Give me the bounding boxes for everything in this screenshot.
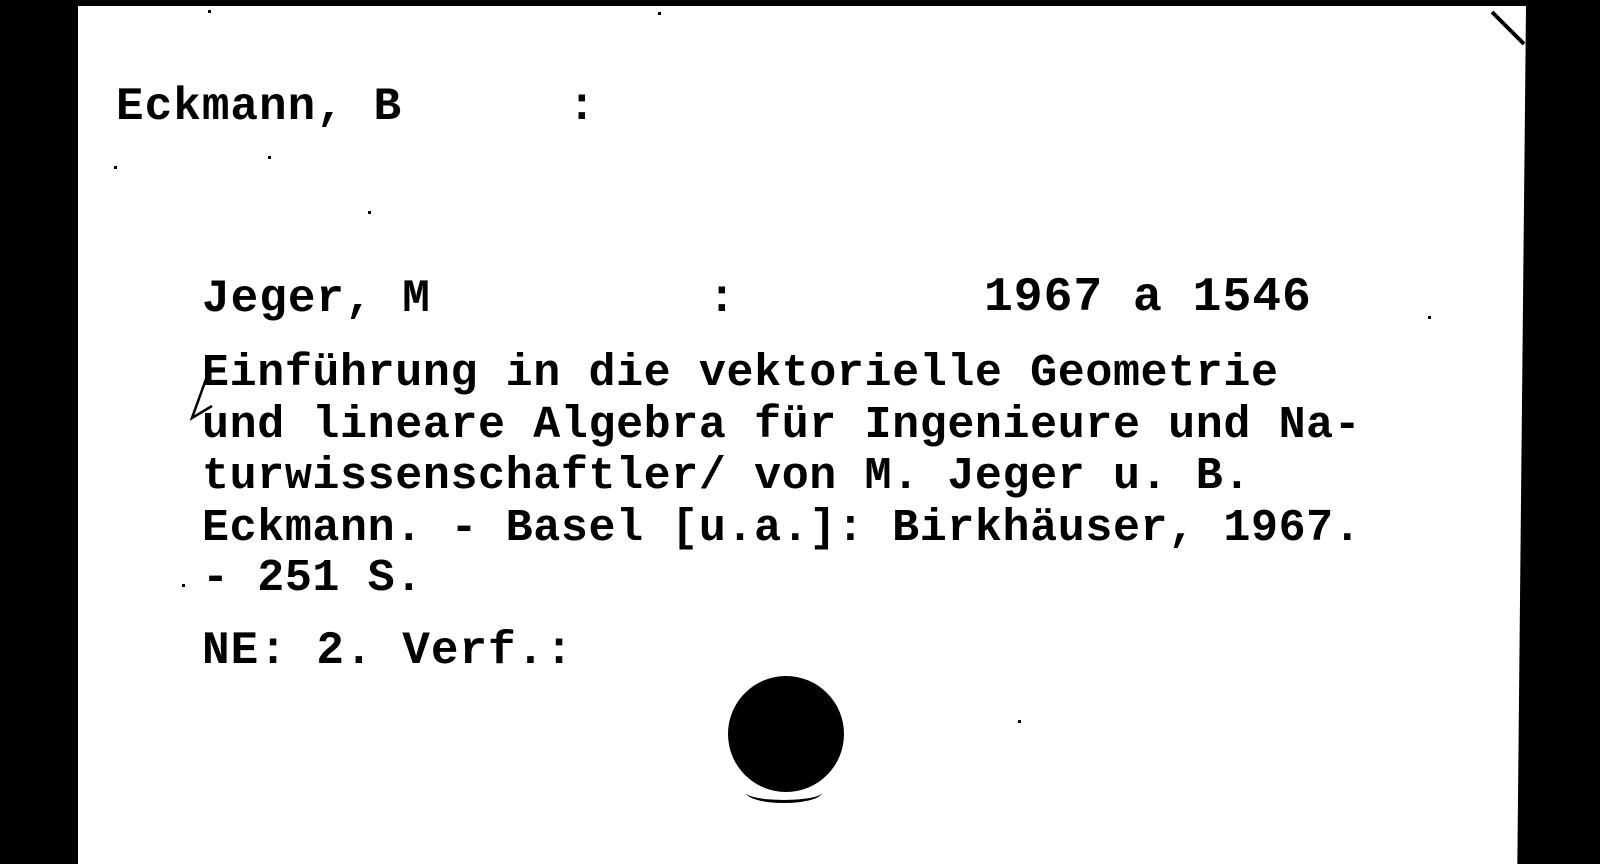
speck [208,10,211,13]
punch-hole-shadow [746,782,822,803]
punch-hole-icon [728,676,844,792]
heading-entry: Eckmann, B [116,84,402,130]
description-line: Einführung in die vektorielle Geometrie [202,351,1279,396]
speck [114,166,117,169]
author-separator: : [708,276,737,322]
speck [1018,720,1021,723]
speck [1428,316,1431,319]
speck [182,584,185,587]
corner-scratch-icon [1490,8,1530,48]
description-line: turwissenschaftler/ von M. Jeger u. B. [202,454,1251,499]
description-line: - 251 S. [202,556,423,601]
speck [658,12,661,15]
speck [368,211,371,214]
speck [268,156,271,159]
description-line: Eckmann. - Basel [u.a.]: Birkhäuser, 196… [202,506,1361,551]
added-entry-note: NE: 2. Verf.: [202,628,574,674]
description-line: und lineare Algebra für Ingenieure und N… [202,403,1361,448]
catalog-card: Eckmann, B : Jeger, M : 1967 a 1546 Einf… [78,6,1526,864]
author-entry: Jeger, M [202,276,431,322]
call-number: 1967 a 1546 [984,274,1312,322]
heading-separator: : [568,84,597,130]
